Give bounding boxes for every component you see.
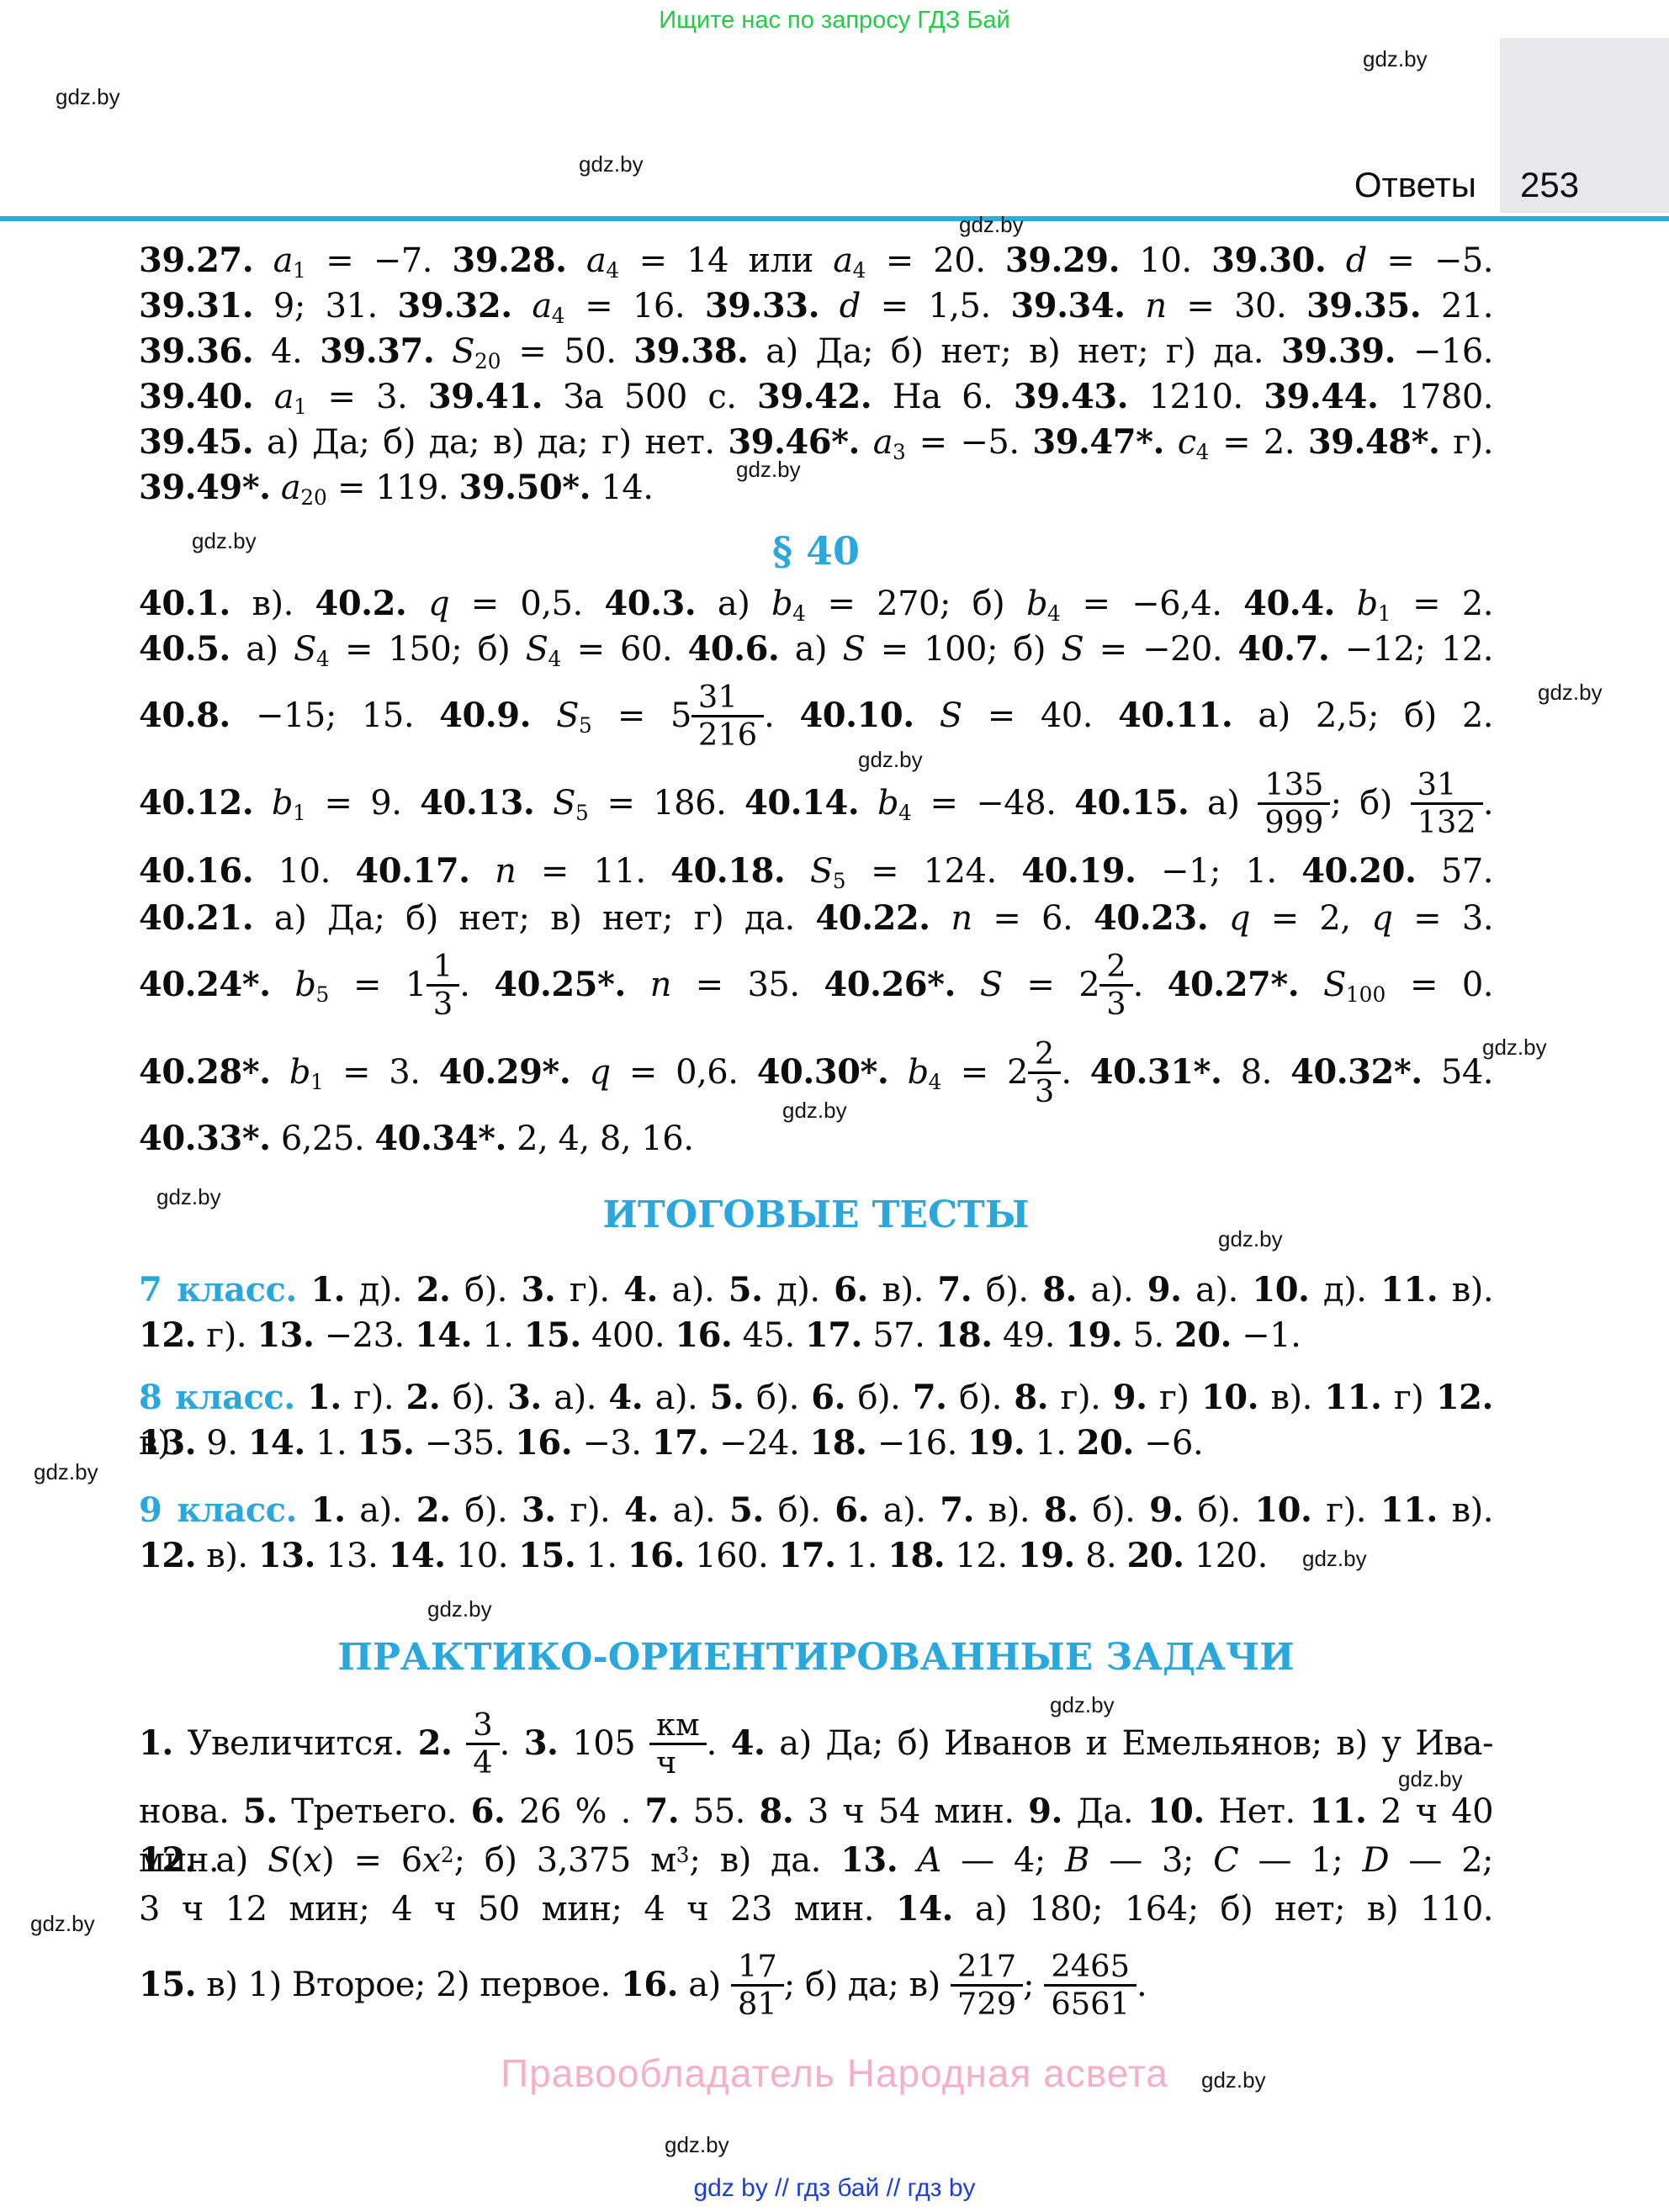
gdz-watermark: gdz.by (736, 457, 801, 483)
answer-line: 9 класс. 1. а). 2. б). 3. г). 4. а). 5. … (139, 1488, 1493, 1533)
gdz-watermark: gdz.by (1201, 2067, 1266, 2093)
header-title: Ответы (1178, 165, 1476, 205)
answer-line: 40.1. в). 40.2. q = 0,5. 40.3. а) b4 = 2… (139, 581, 1493, 627)
answer-line: 39.36. 4. 39.37. S20 = 50. 39.38. а) Да;… (139, 329, 1493, 374)
answer-line: 40.24*. b5 = 113. 40.25*. n = 35. 40.26*… (139, 941, 1493, 1029)
gdz-watermark: gdz.by (1482, 1035, 1547, 1061)
gdz-watermark: gdz.by (1363, 46, 1428, 72)
gdz-watermark: gdz.by (56, 84, 120, 110)
answer-line: нова. 5. Третьего. 6. 26 % . 7. 55. 8. 3… (139, 1787, 1493, 1836)
section-heading-practical-tasks: ПРАКТИКО-ОРИЕНТИРОВАННЫЕ ЗАДАЧИ (139, 1634, 1493, 1681)
footer-links[interactable]: gdz by // гдз бай // гдз by (0, 2174, 1669, 2203)
answer-line: 12. в). 13. 13. 14. 10. 15. 1. 16. 160. … (139, 1533, 1493, 1579)
header-rule (0, 216, 1669, 221)
promo-banner: Ищите нас по запросу ГДЗ Бай (0, 7, 1669, 34)
answer-line: 39.49*. a20 = 119. 39.50*. 14. (139, 465, 1493, 511)
answer-line: 40.12. b1 = 9. 40.13. S5 = 186. 40.14. b… (139, 759, 1493, 847)
answer-line: 3 ч 12 мин; 4 ч 50 мин; 4 ч 23 мин. 14. … (139, 1885, 1493, 1934)
answers-content: 39.27. a1 = −7. 39.28. a4 = 14 или a4 = … (139, 238, 1493, 2036)
copyright-note: Правообладатель Народная асвета (0, 2051, 1669, 2096)
gdz-watermark: gdz.by (1050, 1692, 1115, 1718)
answer-line: 12. а) S(x) = 6x2; б) 3,375 м3; в) да. 1… (139, 1836, 1493, 1885)
answer-line: 39.27. a1 = −7. 39.28. a4 = 14 или a4 = … (139, 238, 1493, 283)
answer-line: 40.8. −15; 15. 40.9. S5 = 531216. 40.10.… (139, 672, 1493, 759)
gdz-watermark: gdz.by (858, 747, 923, 773)
answer-line: 39.45. а) Да; б) да; в) да; г) нет. 39.4… (139, 420, 1493, 465)
answer-line: 15. в) 1) Второе; 2) первое. 16. а) 1781… (139, 1934, 1493, 2036)
answers-block-grade-9: 9 класс. 1. а). 2. б). 3. г). 4. а). 5. … (139, 1488, 1493, 1579)
gdz-watermark: gdz.by (156, 1184, 221, 1210)
answer-line: 1. Увеличится. 2. 34. 3. 105 кмч. 4. а) … (139, 1700, 1493, 1787)
answers-block-practical: 1. Увеличится. 2. 34. 3. 105 кмч. 4. а) … (139, 1700, 1493, 2036)
gdz-watermark: gdz.by (665, 2132, 729, 2158)
gdz-watermark: gdz.by (192, 528, 257, 554)
gdz-watermark: gdz.by (30, 1911, 95, 1937)
gdz-watermark: gdz.by (782, 1098, 847, 1124)
gdz-watermark: gdz.by (427, 1596, 492, 1622)
answer-line: 12. г). 13. −23. 14. 1. 15. 400. 16. 45.… (139, 1313, 1493, 1358)
answers-block-para-39: 39.27. a1 = −7. 39.28. a4 = 14 или a4 = … (139, 238, 1493, 511)
answer-line: 7 класс. 1. д). 2. б). 3. г). 4. а). 5. … (139, 1267, 1493, 1313)
answer-line: 8 класс. 1. г). 2. б). 3. а). 4. а). 5. … (139, 1375, 1493, 1421)
gdz-watermark: gdz.by (34, 1459, 98, 1485)
answer-line: 40.16. 10. 40.17. n = 11. 40.18. S5 = 12… (139, 847, 1493, 896)
answers-block-grade-7: 7 класс. 1. д). 2. б). 3. г). 4. а). 5. … (139, 1267, 1493, 1358)
gdz-watermark: gdz.by (1302, 1546, 1367, 1572)
answer-line: 40.21. а) Да; б) нет; в) нет; г) да. 40.… (139, 896, 1493, 941)
section-heading-final-tests: ИТОГОВЫЕ ТЕСТЫ (139, 1192, 1493, 1239)
gdz-watermark: gdz.by (1398, 1766, 1463, 1792)
answer-line: 13. 9. 14. 1. 15. −35. 16. −3. 17. −24. … (139, 1421, 1493, 1466)
answer-line: 39.40. a1 = 3. 39.41. За 500 с. 39.42. Н… (139, 374, 1493, 420)
answer-line: 40.5. а) S4 = 150; б) S4 = 60. 40.6. а) … (139, 627, 1493, 672)
answers-block-para-40: 40.1. в). 40.2. q = 0,5. 40.3. а) b4 = 2… (139, 581, 1493, 1162)
page-number: 253 (1520, 165, 1579, 205)
answer-line: 39.31. 9; 31. 39.32. a4 = 16. 39.33. d =… (139, 283, 1493, 329)
gdz-watermark: gdz.by (1538, 680, 1603, 706)
gdz-watermark: gdz.by (959, 212, 1024, 238)
answers-block-grade-8: 8 класс. 1. г). 2. б). 3. а). 4. а). 5. … (139, 1375, 1493, 1466)
gdz-watermark: gdz.by (579, 151, 644, 177)
gdz-watermark: gdz.by (1218, 1226, 1283, 1252)
section-heading-paragraph-40: § 40 (139, 527, 1493, 574)
book-page: Ищите нас по запросу ГДЗ Бай Ответы 253 … (0, 0, 1669, 2212)
